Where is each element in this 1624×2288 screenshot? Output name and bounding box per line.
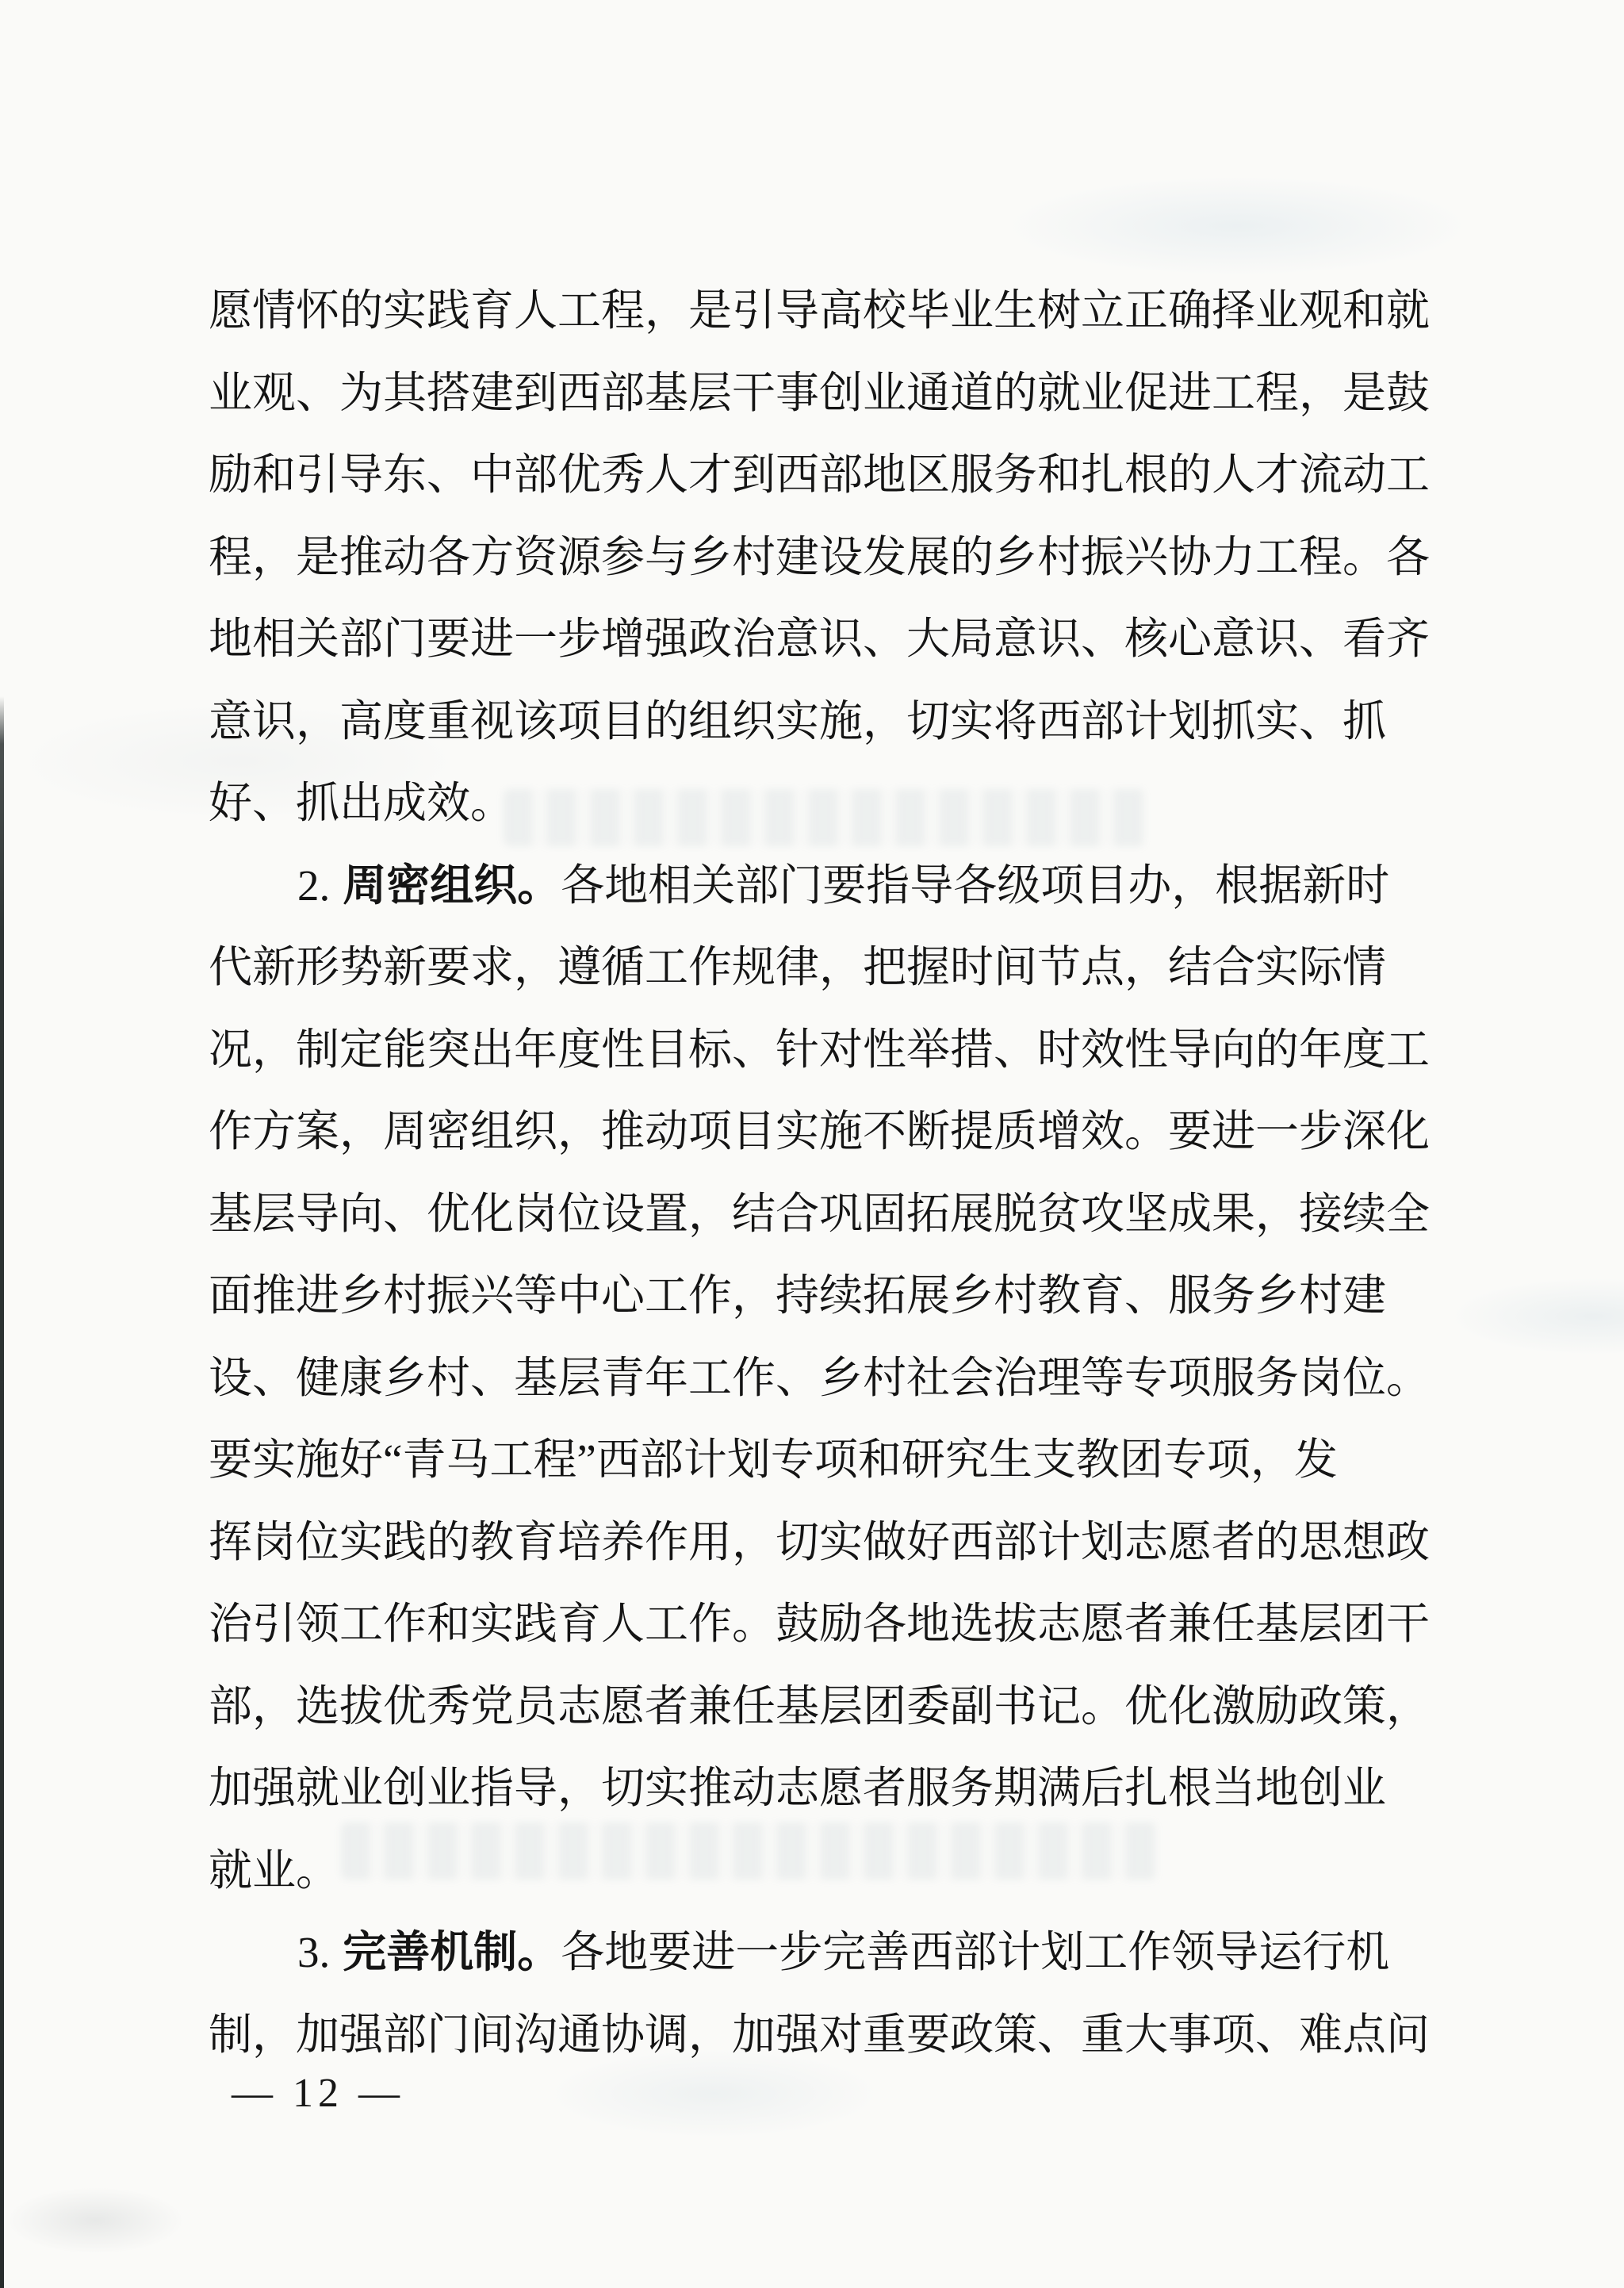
bleed-through-text-artifact <box>504 789 1146 846</box>
line-text: 部，选拔优秀党员志愿者兼任基层团委副书记。优化激励政策， <box>209 1682 1430 1730</box>
line-text: 况，制定能突出年度性目标、针对性举措、时效性导向的年度工 <box>209 1025 1430 1074</box>
line-text: 好、抓出成效。 <box>209 779 514 827</box>
document-line: 愿情怀的实践育人工程，是引导高校毕业生树立正确择业观和就 <box>209 270 1436 352</box>
item-heading-bold: 周密组织。 <box>343 861 561 910</box>
line-text: 各地要进一步完善西部计划工作领导运行机 <box>561 1928 1389 1976</box>
document-line: 设、健康乡村、基层青年工作、乡村社会治理等专项服务岗位。 <box>209 1337 1436 1420</box>
line-text: 要实施好“青马工程”西部计划专项和研究生支教团专项，发 <box>209 1435 1338 1484</box>
document-line: 程，是推动各方资源参与乡村建设发展的乡村振兴协力工程。各 <box>209 516 1436 599</box>
line-text: 各地相关部门要指导各级项目办，根据新时 <box>561 861 1389 910</box>
document-line-numbered-item-3: 3.完善机制。各地要进一步完善西部计划工作领导运行机 <box>209 1911 1436 1994</box>
document-line: 作方案，周密组织，推动项目实施不断提质增效。要进一步深化 <box>209 1090 1436 1173</box>
line-text: 面推进乡村振兴等中心工作，持续拓展乡村教育、服务乡村建 <box>209 1271 1386 1320</box>
scan-edge-artifact <box>0 696 4 2288</box>
document-line: 况，制定能突出年度性目标、针对性举措、时效性导向的年度工 <box>209 1009 1436 1091</box>
line-text: 设、健康乡村、基层青年工作、乡村社会治理等专项服务岗位。 <box>209 1354 1430 1402</box>
bleed-through-text-artifact <box>341 1822 1158 1880</box>
line-text: 基层导向、优化岗位设置，结合巩固拓展脱贫攻坚成果，接续全 <box>209 1190 1430 1238</box>
document-line: 部，选拔优秀党员志愿者兼任基层团委副书记。优化激励政策， <box>209 1665 1436 1748</box>
document-line: 地相关部门要进一步增强政治意识、大局意识、核心意识、看齐 <box>209 598 1436 680</box>
line-text: 意识，高度重视该项目的组织实施，切实将西部计划抓实、抓 <box>209 697 1386 745</box>
line-text: 地相关部门要进一步增强政治意识、大局意识、核心意识、看齐 <box>209 615 1430 663</box>
line-text: 作方案，周密组织，推动项目实施不断提质增效。要进一步深化 <box>209 1107 1430 1155</box>
document-line-numbered-item-2: 2.周密组织。各地相关部门要指导各级项目办，根据新时 <box>209 845 1436 927</box>
line-text: 就业。 <box>209 1846 339 1895</box>
item-number: 3. <box>297 1928 330 1976</box>
document-line: 制，加强部门间沟通协调，加强对重要政策、重大事项、难点问 <box>209 1994 1436 2076</box>
document-line: 基层导向、优化岗位设置，结合巩固拓展脱贫攻坚成果，接续全 <box>209 1173 1436 1255</box>
line-text: 制，加强部门间沟通协调，加强对重要政策、重大事项、难点问 <box>209 2010 1430 2059</box>
line-text: 业观、为其搭建到西部基层干事创业通道的就业促进工程，是鼓 <box>209 369 1430 417</box>
document-line: 代新形势新要求，遵循工作规律，把握时间节点，结合实际情 <box>209 926 1436 1009</box>
line-text: 愿情怀的实践育人工程，是引导高校毕业生树立正确择业观和就 <box>209 286 1430 335</box>
document-line: 面推进乡村振兴等中心工作，持续拓展乡村教育、服务乡村建 <box>209 1255 1436 1337</box>
scanned-document-page: 愿情怀的实践育人工程，是引导高校毕业生树立正确择业观和就 业观、为其搭建到西部基… <box>0 0 1624 2288</box>
line-text: 挥岗位实践的教育培养作用，切实做好西部计划志愿者的思想政 <box>209 1518 1430 1566</box>
line-text: 励和引导东、中部优秀人才到西部地区服务和扎根的人才流动工 <box>209 450 1430 499</box>
line-text: 程，是推动各方资源参与乡村建设发展的乡村振兴协力工程。各 <box>209 533 1430 581</box>
item-number: 2. <box>297 861 330 910</box>
document-line: 治引领工作和实践育人工作。鼓励各地选拔志愿者兼任基层团干 <box>209 1583 1436 1665</box>
line-text: 加强就业创业指导，切实推动志愿者服务期满后扎根当地创业 <box>209 1764 1386 1812</box>
item-heading-bold: 完善机制。 <box>343 1928 561 1976</box>
page-number-footer: — 12 — <box>232 2071 404 2116</box>
document-line: 要实施好“青马工程”西部计划专项和研究生支教团专项，发 <box>209 1419 1436 1501</box>
document-line: 加强就业创业指导，切实推动志愿者服务期满后扎根当地创业 <box>209 1747 1436 1830</box>
document-line: 励和引导东、中部优秀人才到西部地区服务和扎根的人才流动工 <box>209 434 1436 516</box>
document-line: 挥岗位实践的教育培养作用，切实做好西部计划志愿者的思想政 <box>209 1501 1436 1584</box>
document-line: 意识，高度重视该项目的组织实施，切实将西部计划抓实、抓 <box>209 680 1436 763</box>
line-text: 代新形势新要求，遵循工作规律，把握时间节点，结合实际情 <box>209 943 1386 991</box>
document-line: 业观、为其搭建到西部基层干事创业通道的就业促进工程，是鼓 <box>209 352 1436 435</box>
line-text: 治引领工作和实践育人工作。鼓励各地选拔志愿者兼任基层团干 <box>209 1600 1430 1648</box>
document-body-text: 愿情怀的实践育人工程，是引导高校毕业生树立正确择业观和就 业观、为其搭建到西部基… <box>209 270 1436 2075</box>
